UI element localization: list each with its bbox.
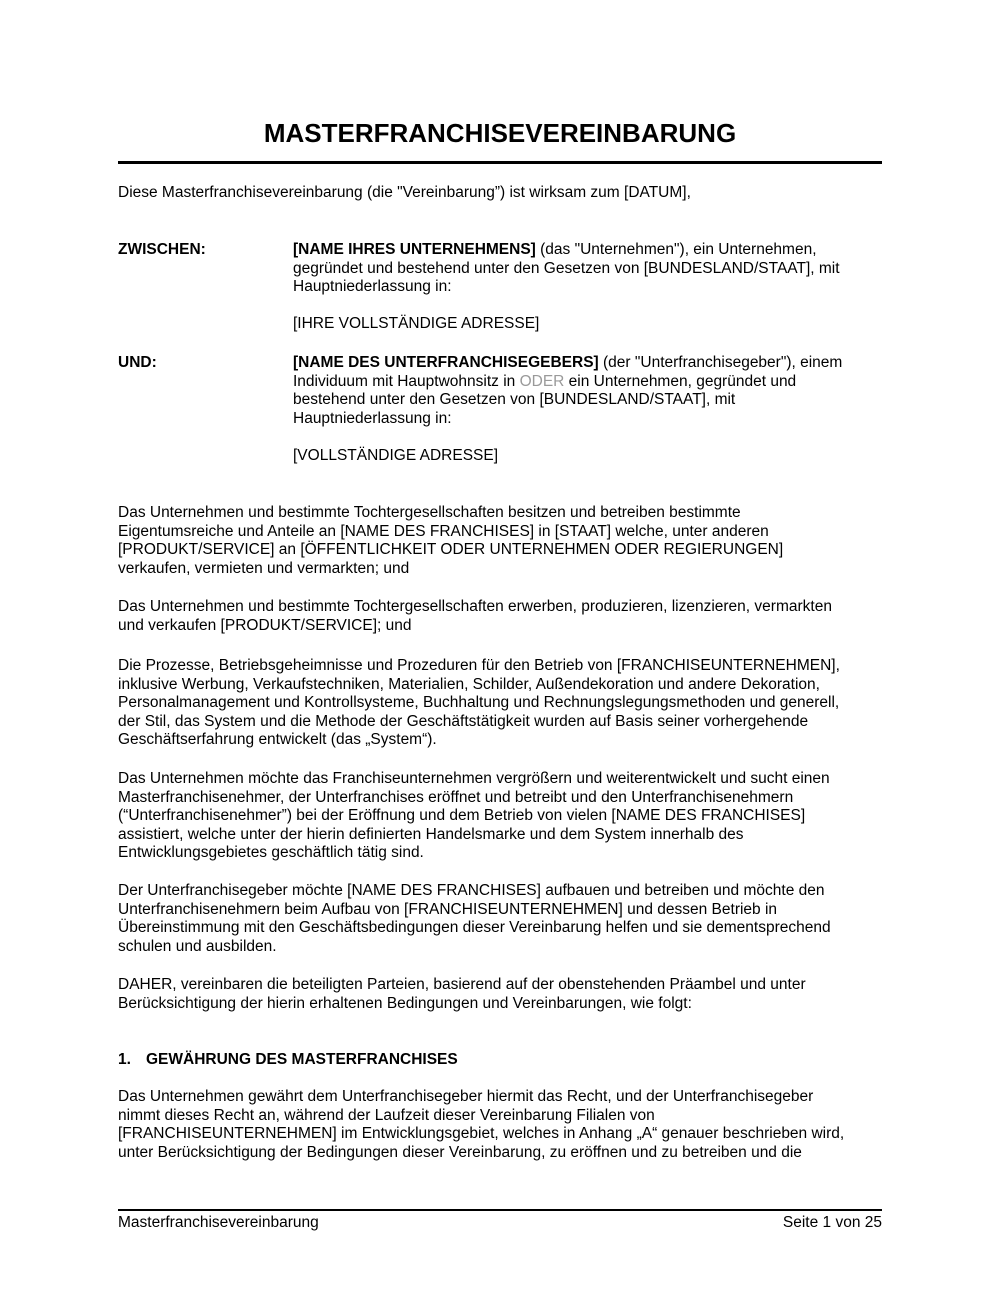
recital-paragraph-4: Das Unternehmen möchte das Franchiseunte…	[118, 770, 888, 863]
title-divider	[118, 161, 882, 164]
company-name-placeholder: [NAME IHRES UNTERNEHMENS]	[293, 241, 536, 258]
party-text: Individuum mit Hauptwohnsitz in	[293, 373, 520, 390]
section-heading-1: 1.GEWÄHRUNG DES MASTERFRANCHISES	[118, 1051, 458, 1070]
party-text: Hauptniederlassung in:	[293, 410, 893, 429]
recital-paragraph-5: Der Unterfranchisegeber möchte [NAME DES…	[118, 882, 888, 956]
section-1-paragraph: Das Unternehmen gewährt dem Unterfranchi…	[118, 1088, 888, 1162]
party-text: (das "Unternehmen"), ein Unternehmen,	[536, 241, 817, 258]
party-label-zwischen: ZWISCHEN:	[118, 241, 206, 260]
oder-option-text: ODER	[520, 373, 565, 390]
recital-paragraph-3: Die Prozesse, Betriebsgeheimnisse und Pr…	[118, 657, 888, 750]
subfranchisor-name-placeholder: [NAME DES UNTERFRANCHISEGEBERS]	[293, 354, 599, 371]
recital-paragraph-1: Das Unternehmen und bestimmte Tochterges…	[118, 504, 888, 578]
section-title: GEWÄHRUNG DES MASTERFRANCHISES	[146, 1051, 458, 1068]
recital-paragraph-2: Das Unternehmen und bestimmte Tochterges…	[118, 598, 888, 635]
footer-document-name: Masterfranchisevereinbarung	[118, 1214, 319, 1232]
party-label-und: UND:	[118, 354, 157, 373]
footer-divider	[118, 1209, 882, 1211]
intro-paragraph: Diese Masterfranchisevereinbarung (die "…	[118, 184, 888, 203]
party-text: gegründet und bestehend unter den Gesetz…	[293, 260, 893, 279]
subfranchisor-address-placeholder: [VOLLSTÄNDIGE ADRESSE]	[293, 447, 893, 466]
party-text: bestehend unter den Gesetzen von [BUNDES…	[293, 391, 893, 410]
party-text: Hauptniederlassung in:	[293, 278, 893, 297]
footer-page-number: Seite 1 von 25	[783, 1214, 882, 1232]
party-text: (der "Unterfranchisegeber"), einem	[599, 354, 843, 371]
document-title: MASTERFRANCHISEVEREINBARUNG	[118, 118, 882, 149]
party-block-company: [NAME IHRES UNTERNEHMENS] (das "Unterneh…	[293, 241, 893, 334]
party-text: ein Unternehmen, gegründet und	[564, 373, 796, 390]
company-address-placeholder: [IHRE VOLLSTÄNDIGE ADRESSE]	[293, 315, 893, 334]
party-block-subfranchisor: [NAME DES UNTERFRANCHISEGEBERS] (der "Un…	[293, 354, 893, 466]
section-number: 1.	[118, 1051, 146, 1070]
recital-paragraph-6: DAHER, vereinbaren die beteiligten Parte…	[118, 976, 888, 1013]
